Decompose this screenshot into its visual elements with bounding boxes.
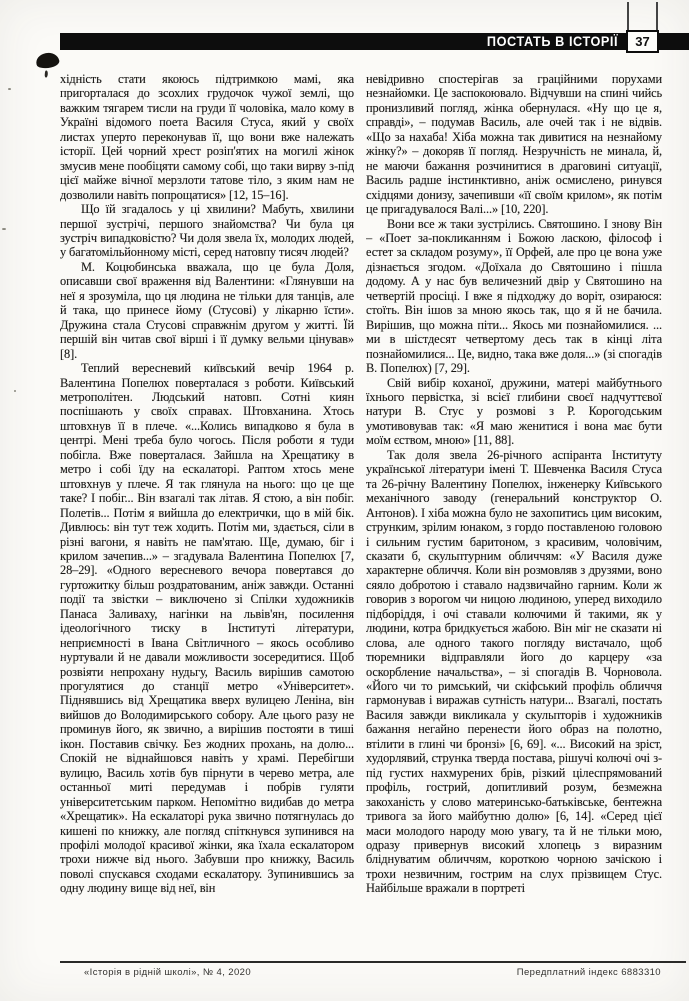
footer-rule [60, 961, 686, 963]
right-column: невідривно спостерігав за граційними пор… [366, 72, 662, 958]
paragraph: Свій вибір коханої, дружини, матері майб… [366, 376, 662, 448]
section-header-bar: ПОСТАТЬ В ІСТОРІЇ [60, 33, 627, 50]
paragraph: М. Коцюбинська вважала, що це була Доля,… [60, 260, 354, 361]
magazine-page: ПОСТАТЬ В ІСТОРІЇ 37 хідність стати якою… [0, 0, 689, 1001]
paragraph: Вони все ж таки зустрілись. Святошино. І… [366, 217, 662, 376]
paragraph: Що їй згадалось у ці хвилини? Мабуть, хв… [60, 202, 354, 260]
footer-journal-issue: «Історія в рідній школі», № 4, 2020 [84, 967, 251, 978]
footer-subscription-index: Передплатний індекс 6883310 [517, 967, 661, 978]
scan-speck [2, 228, 6, 230]
scan-speck [14, 390, 16, 392]
section-title: ПОСТАТЬ В ІСТОРІЇ [487, 33, 627, 50]
article-body: хідність стати якоюсь підтримкою мамі, я… [60, 72, 662, 958]
paragraph: Так доля звела 26-річного аспіранта Інст… [366, 448, 662, 896]
page-number: 37 [635, 34, 649, 49]
ink-smudge [35, 51, 61, 70]
paragraph: невідривно спостерігав за граційними пор… [366, 72, 662, 217]
crop-mark [627, 2, 629, 31]
section-header-bar-right [659, 33, 689, 50]
page-number-box: 37 [626, 30, 659, 53]
crop-mark [656, 2, 658, 31]
paragraph: Теплий вересневий київський вечір 1964 р… [60, 361, 354, 896]
left-column: хідність стати якоюсь підтримкою мамі, я… [60, 72, 354, 958]
scan-speck [8, 88, 11, 90]
paragraph: хідність стати якоюсь підтримкою мамі, я… [60, 72, 354, 202]
